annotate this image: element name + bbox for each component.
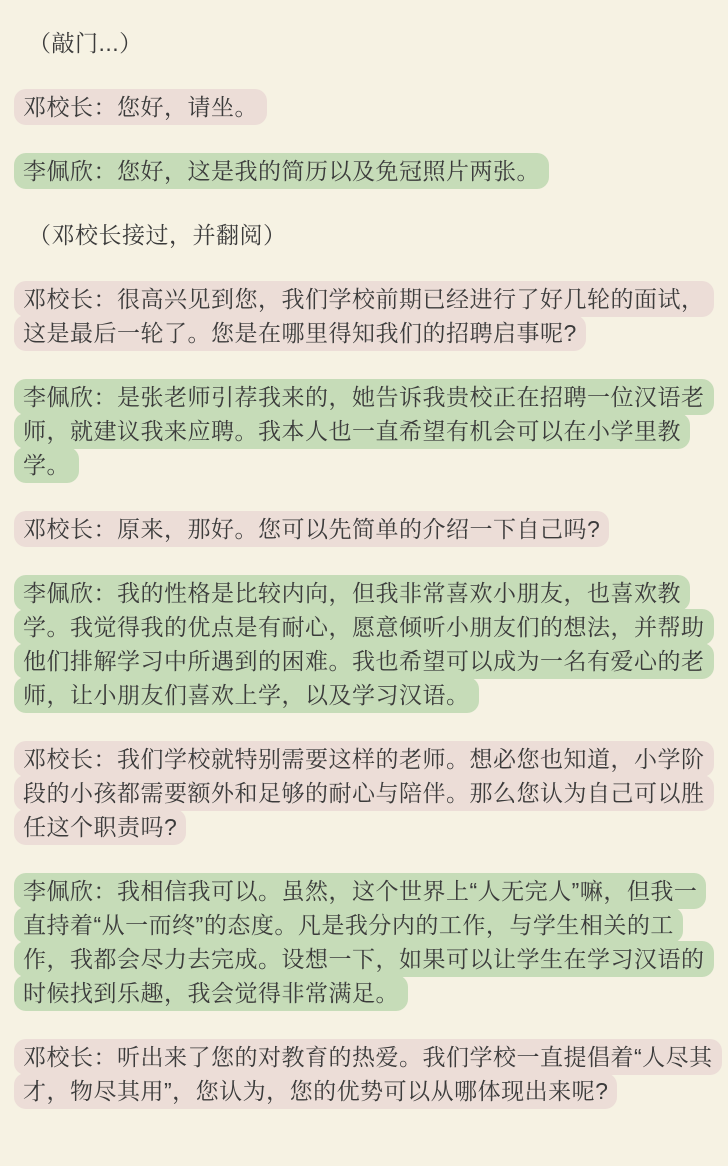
dialogue-text: 邓校长：您好，请坐。 <box>14 89 267 125</box>
dialogue-paragraph: 李佩欣：我相信我可以。虽然，这个世界上“人无完人”嘛，但我一直持着“从一而终”的… <box>14 874 714 1010</box>
dialogue-text: 李佩欣：您好，这是我的简历以及免冠照片两张。 <box>14 153 549 189</box>
dialogue-text: 邓校长：原来，那好。您可以先简单的介绍一下自己吗? <box>14 511 609 547</box>
dialogue-paragraph: 邓校长：您好，请坐。 <box>14 90 714 124</box>
dialogue-text: 邓校长：听出来了您的对教育的热爱。我们学校一直提倡着“人尽其才，物尽其用”，您认… <box>14 1039 722 1109</box>
dialogue-text: 李佩欣：是张老师引荐我来的，她告诉我贵校正在招聘一位汉语老师，就建议我来应聘。我… <box>14 379 714 483</box>
stage-direction: （邓校长接过，并翻阅） <box>14 218 714 252</box>
dialogue-text: 李佩欣：我相信我可以。虽然，这个世界上“人无完人”嘛，但我一直持着“从一而终”的… <box>14 873 714 1011</box>
dialogue-paragraph: 邓校长：原来，那好。您可以先简单的介绍一下自己吗? <box>14 512 714 546</box>
dialogue-text: 邓校长：很高兴见到您，我们学校前期已经进行了好几轮的面试，这是最后一轮了。您是在… <box>14 281 714 351</box>
dialogue-paragraph: 李佩欣：我的性格是比较内向，但我非常喜欢小朋友，也喜欢教学。我觉得我的优点是有耐… <box>14 576 714 712</box>
dialogue-text: （敲门...） <box>14 25 152 61</box>
dialogue-text: （邓校长接过，并翻阅） <box>14 217 296 253</box>
dialogue-text: 邓校长：我们学校就特别需要这样的老师。想必您也知道，小学阶段的小孩都需要额外和足… <box>14 741 714 845</box>
dialogue-paragraph: 李佩欣：是张老师引荐我来的，她告诉我贵校正在招聘一位汉语老师，就建议我来应聘。我… <box>14 380 714 482</box>
dialogue-paragraph: 李佩欣：您好，这是我的简历以及免冠照片两张。 <box>14 154 714 188</box>
dialogue-paragraph: 邓校长：我们学校就特别需要这样的老师。想必您也知道，小学阶段的小孩都需要额外和足… <box>14 742 714 844</box>
dialogue-paragraph: 邓校长：听出来了您的对教育的热爱。我们学校一直提倡着“人尽其才，物尽其用”，您认… <box>14 1040 714 1108</box>
dialogue-paragraph: 邓校长：很高兴见到您，我们学校前期已经进行了好几轮的面试，这是最后一轮了。您是在… <box>14 282 714 350</box>
script-content: （敲门...） 邓校长：您好，请坐。 李佩欣：您好，这是我的简历以及免冠照片两张… <box>14 26 714 1108</box>
interview-script-page: （敲门...） 邓校长：您好，请坐。 李佩欣：您好，这是我的简历以及免冠照片两张… <box>0 0 728 1108</box>
dialogue-text: 李佩欣：我的性格是比较内向，但我非常喜欢小朋友，也喜欢教学。我觉得我的优点是有耐… <box>14 575 714 713</box>
stage-direction: （敲门...） <box>14 26 714 60</box>
